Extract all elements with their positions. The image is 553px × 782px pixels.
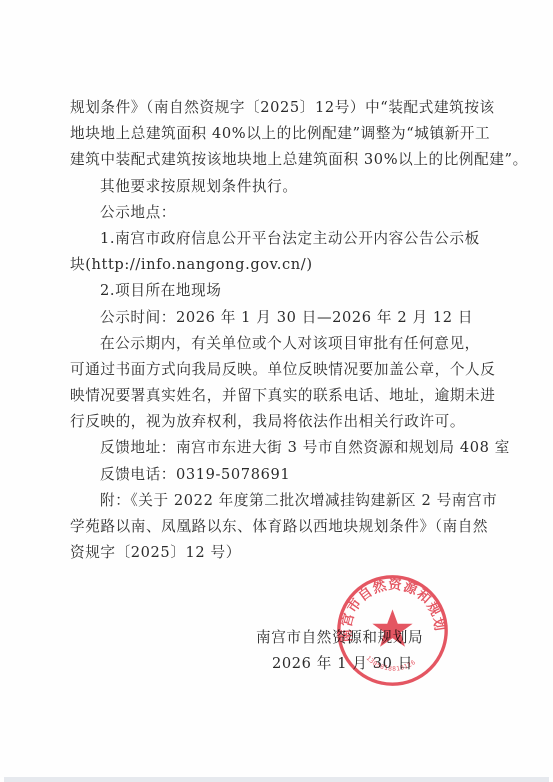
text-line: 规划条件》（南自然资规字〔2025〕12号）中“装配式建筑按该: [70, 95, 485, 121]
feedback-phone: 反馈电话：0319-5078691: [70, 462, 485, 488]
publicity-period: 公示时间：2026 年 1 月 30 日—2026 年 2 月 12 日: [70, 305, 485, 331]
text-line: 其他要求按原规划条件执行。: [70, 174, 485, 200]
document-page: 规划条件》（南自然资规字〔2025〕12号）中“装配式建筑按该 地块地上总建筑面…: [0, 0, 553, 778]
attachment-line: 附：《关于 2022 年度第二批次增减挂钩建新区 2 号南宫市: [70, 488, 485, 514]
heading-publicity-location: 公示地点：: [70, 200, 485, 226]
attachment-line: 学苑路以南、凤凰路以东、体育路以西地块规划条件》（南自然: [70, 514, 485, 540]
attachment-line: 资规字〔2025〕12 号）: [70, 540, 485, 566]
text-line: 地块地上总建筑面积 40%以上的比例配建”调整为“城镇新开工: [70, 121, 485, 147]
text-line: 可通过书面方式向我局反映。单位反映情况要加盖公章，个人反: [70, 357, 485, 383]
text-line: 行反映的，视为放弃权利，我局将依法作出相关行政许可。: [70, 409, 485, 435]
url-line[interactable]: 块(http://info.nangong.gov.cn/): [70, 252, 485, 278]
text-line: 在公示期内，有关单位或个人对该项目审批有任何意见，: [70, 331, 485, 357]
svg-text:1305818810126: 1305818810126: [365, 655, 418, 673]
text-line: 映情况要署真实姓名，并留下真实的联系电话、地址，逾期未进: [70, 383, 485, 409]
text-line: 2.项目所在地现场: [70, 278, 485, 304]
text-line: 建筑中装配式建筑按该地块地上总建筑面积 30%以上的比例配建”。: [70, 147, 485, 173]
text-line: 1.南宫市政府信息公开平台法定主动公开内容公告公示板: [70, 226, 485, 252]
page-edge: [4, 777, 549, 782]
stamp-serial: 1305818810126: [365, 655, 418, 673]
document-body: 规划条件》（南自然资规字〔2025〕12号）中“装配式建筑按该 地块地上总建筑面…: [70, 95, 485, 566]
official-seal-icon: 南宫市自然资源和规划局 1305818810126: [335, 573, 450, 688]
feedback-address: 反馈地址：南宫市东进大街 3 号市自然资源和规划局 408 室: [70, 435, 485, 461]
